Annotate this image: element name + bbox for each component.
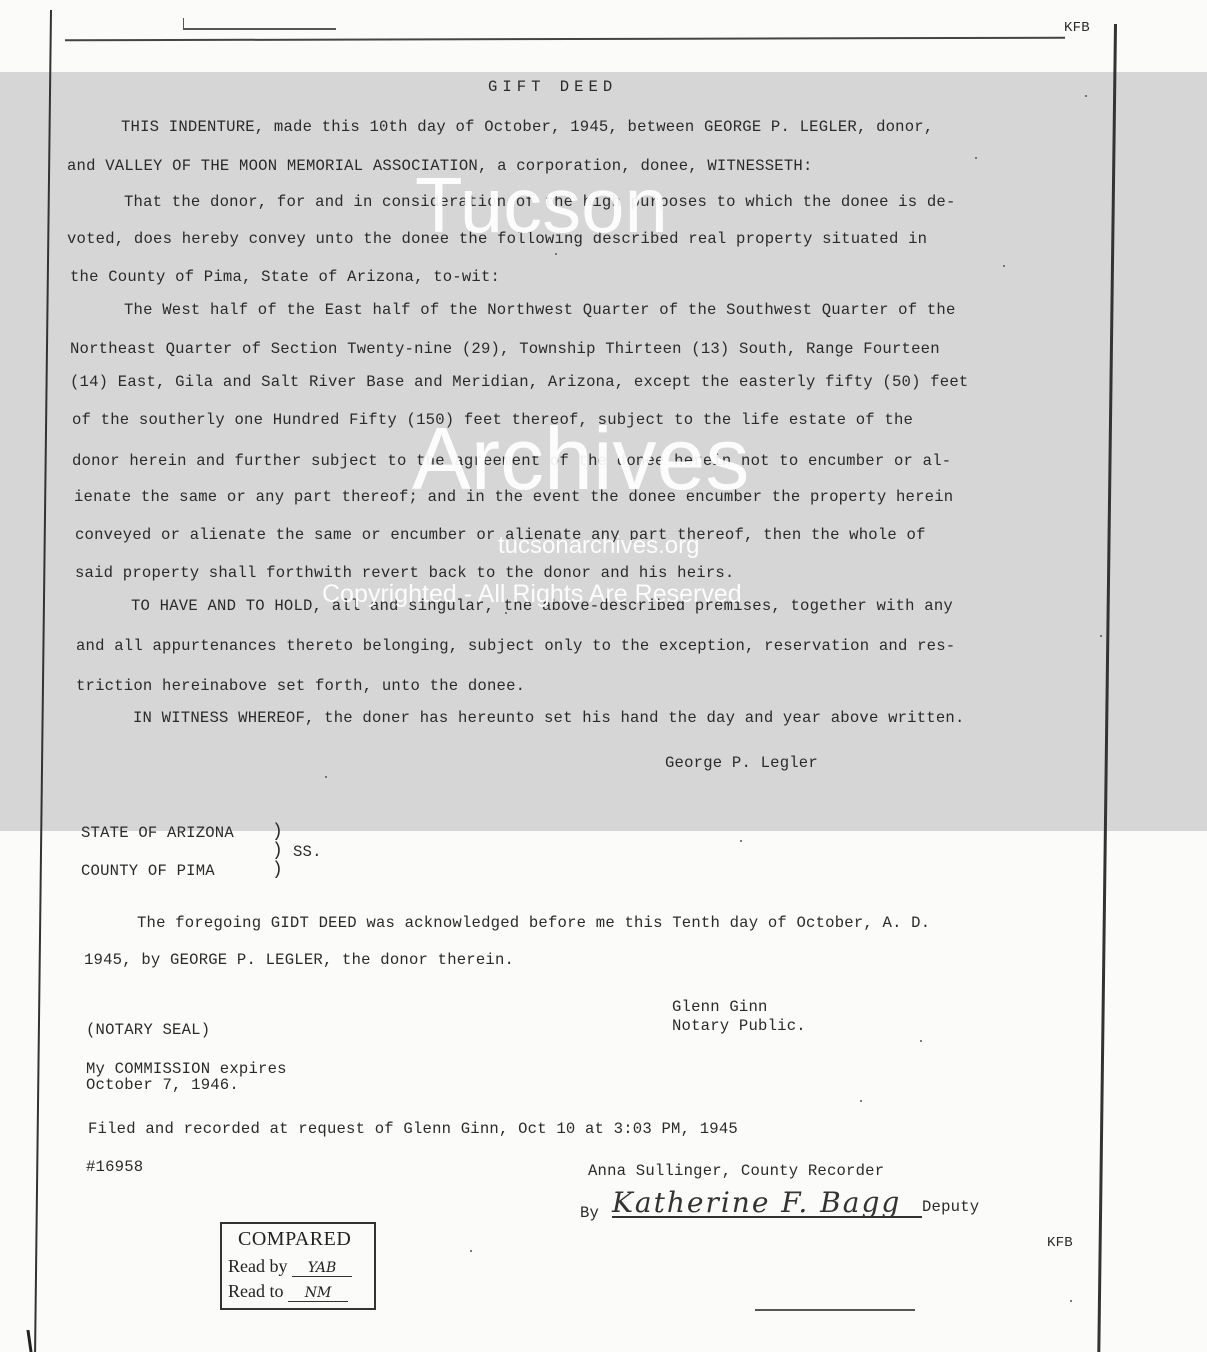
top-rule: [65, 37, 1065, 42]
commission-date: October 7, 1946.: [86, 1076, 239, 1094]
body-line: (14) East, Gila and Salt River Base and …: [70, 373, 968, 391]
read-by-value: YAB: [292, 1260, 352, 1277]
notary-title: Notary Public.: [672, 1017, 806, 1035]
venue-ss: SS.: [293, 843, 322, 861]
read-to-label: Read to: [228, 1281, 284, 1301]
body-line: said property shall forthwith revert bac…: [75, 564, 735, 582]
top-stamp-mark: [183, 18, 336, 30]
body-line: The West half of the East half of the No…: [124, 301, 956, 319]
document-title: GIFT DEED: [488, 78, 617, 96]
county-recorder: Anna Sullinger, County Recorder: [588, 1162, 884, 1180]
bottom-rule: [755, 1309, 915, 1311]
body-line: IN WITNESS WHEREOF, the doner has hereun…: [133, 709, 965, 727]
body-line: ienate the same or any part thereof; and…: [74, 488, 953, 506]
read-by-label: Read by: [228, 1256, 287, 1276]
bracket: ): [272, 860, 283, 880]
footer-initials: KFB: [1047, 1235, 1073, 1251]
header-initials: KFB: [1064, 20, 1090, 36]
corner-mark: [26, 1330, 32, 1352]
body-line: of the southerly one Hundred Fifty (150)…: [72, 411, 913, 429]
venue-state: STATE OF ARIZONA: [81, 824, 234, 842]
acknowledgment-line: The foregoing GIDT DEED was acknowledged…: [137, 914, 930, 932]
notary-seal: (NOTARY SEAL): [86, 1021, 210, 1039]
acknowledgment-line: 1945, by GEORGE P. LEGLER, the donor the…: [84, 951, 514, 969]
venue-county: COUNTY OF PIMA: [81, 862, 215, 880]
by-label: By: [580, 1204, 599, 1222]
notary-name: Glenn Ginn: [672, 998, 768, 1016]
body-line: and VALLEY OF THE MOON MEMORIAL ASSOCIAT…: [67, 157, 813, 175]
compared-stamp: COMPARED Read by YAB Read to NM: [220, 1222, 376, 1310]
deputy-label: Deputy: [922, 1198, 979, 1216]
bracket: ): [272, 841, 283, 861]
body-line: the County of Pima, State of Arizona, to…: [70, 268, 500, 286]
stamp-read-to: Read to NM: [228, 1281, 348, 1302]
donor-signature: George P. Legler: [665, 754, 818, 772]
body-line: voted, does hereby convey unto the donee…: [67, 230, 927, 248]
deputy-signature: Katherine F. Bagg: [612, 1186, 922, 1218]
body-line: TO HAVE AND TO HOLD, all and singular, t…: [131, 597, 953, 615]
filing-record: Filed and recorded at request of Glenn G…: [88, 1120, 738, 1138]
body-line: conveyed or alienate the same or encumbe…: [75, 526, 926, 544]
body-line: and all appurtenances thereto belonging,…: [76, 637, 955, 655]
bracket: ): [272, 822, 283, 842]
body-line: That the donor, for and in consideration…: [124, 193, 956, 211]
body-line: triction hereinabove set forth, unto the…: [76, 677, 525, 695]
stamp-title: COMPARED: [238, 1228, 351, 1251]
read-to-value: NM: [288, 1285, 348, 1302]
record-number: #16958: [86, 1158, 143, 1176]
body-line: donor herein and further subject to the …: [72, 452, 951, 470]
body-line: Northeast Quarter of Section Twenty-nine…: [70, 340, 940, 358]
body-line: THIS INDENTURE, made this 10th day of Oc…: [121, 118, 933, 136]
stamp-read-by: Read by YAB: [228, 1256, 352, 1277]
